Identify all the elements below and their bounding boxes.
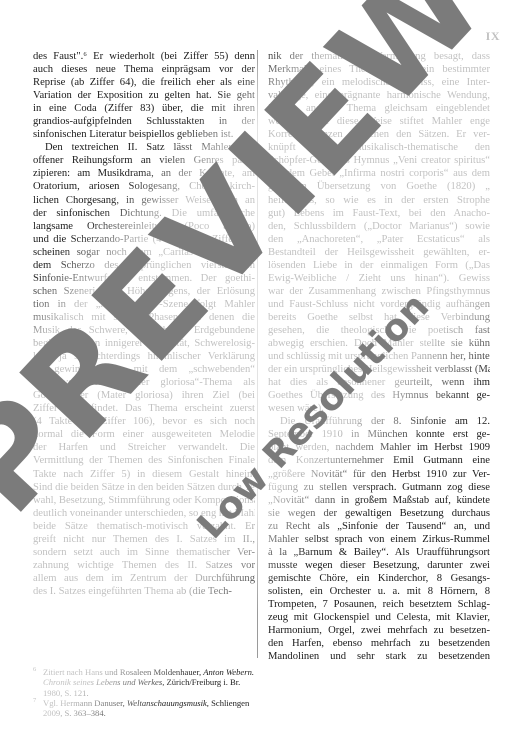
- text-line: der sinfonischen Dichtung. Die umfängrei…: [33, 207, 255, 220]
- text-line: den „Anachoreten“, „Pater Ecstaticus“ al…: [268, 233, 490, 246]
- text-line: gemischte Chöre, ein Kinderchor, 8 Gesan…: [268, 572, 490, 585]
- text-line: Takte nach Ziffer 5) in diesem Gestalt h…: [33, 468, 255, 481]
- text-line: Reprise (ab Ziffer 64), die freilich ehe…: [33, 76, 255, 89]
- text-line: knüpft durch musikalisch-thematische den: [268, 141, 490, 154]
- text-line: zahnung wichtige Themen des II. Satzes v…: [33, 559, 255, 572]
- text-line: der ein ursprüngliches Heilsgewissheit v…: [268, 363, 490, 376]
- text-line: Harmonium, Orgel, zwei mehrfach zu beset…: [268, 624, 490, 637]
- text-line: zu gewinnen, die mit dem „schwebenden“: [33, 363, 255, 376]
- column-divider: [257, 50, 258, 658]
- text-line: tion in der „Anachoreten“-Szene folgt Ma…: [33, 298, 255, 311]
- text-line: dem Scherzo des ursprünglichen vierstätz…: [33, 259, 255, 272]
- text-line: deutlich voneinander unterschieden, so e…: [33, 507, 255, 520]
- text-line: Trompeten, 7 Posaunen, reich besetztem S…: [268, 598, 490, 611]
- text-line: wahl, Besetzung, Stimmführung oder Kompo…: [33, 494, 255, 507]
- text-line: abwegig erschien. Doch Mahler stellte si…: [268, 337, 490, 350]
- text-line: beginnt, um an innigerer Intensität, Sch…: [33, 337, 255, 350]
- footnote-text: Vgl. Hermann Danuser,: [43, 698, 127, 708]
- text-line: Bestandteil der Heilsgewissheit gewählte…: [268, 246, 490, 259]
- page-number: IX: [486, 29, 500, 44]
- text-line: September 1910 in München konnte erst ge…: [268, 428, 490, 441]
- text-line: Ewig-Weibliche / Zieht uns hinan“). Gewi…: [268, 272, 490, 285]
- text-line: Den textreichen II. Satz lässt Mahler mi…: [33, 141, 255, 154]
- text-line: musste wegen dieser Besetzung, darunter …: [268, 559, 490, 572]
- text-line: sie wegen der gewaltigen Besetzung durch…: [268, 507, 490, 520]
- text-line: Gottesmutter (Mater gloriosa) ihren Ziel…: [33, 389, 255, 402]
- text-line: Vermittlung der Themen des Sinfonischen …: [33, 454, 255, 467]
- text-line: Sinfonie-Entwurfs zu entstammen. Der goe…: [33, 272, 255, 285]
- text-line: musikalisch mit sieben Phasen.⁷ In denen…: [33, 311, 255, 324]
- text-line: keit, ja schlechterdings himmlischer Ver…: [33, 350, 255, 363]
- text-line: sinfonischen Literatur beispiellos gebli…: [33, 128, 255, 141]
- text-line: Schöpfer-Geist des Hymnus „Veni creator …: [268, 154, 490, 167]
- text-line: Oratorium, ariosen Sologesang, Choral, k…: [33, 180, 255, 193]
- footnotes: 6 Zitiert nach Hans und Rosaleen Moldenh…: [33, 667, 255, 718]
- left-text-column: des Faust".⁶ Er wiederholt (bei Ziffer 5…: [33, 50, 255, 598]
- text-line: dem Konzertunternehmer Emil Gutmann eine: [268, 454, 490, 467]
- text-line: des Faust".⁶ Er wiederholt (bei Ziffer 5…: [33, 50, 255, 63]
- text-line: scheinen sogar noch dem „Caritas“-Adagio…: [33, 246, 255, 259]
- text-line: beide Sätze thematisch-motivisch verzahn…: [33, 520, 255, 533]
- text-line: bereits Goethe selbst hat diese Verbindu…: [268, 311, 490, 324]
- text-line: normal die Form einer ausgeweiteten Melo…: [33, 428, 255, 441]
- text-line: lösenden Liebe in der einmaligen Form („…: [268, 259, 490, 272]
- footnote-mark: 7: [33, 696, 36, 706]
- footnote-6: 6 Zitiert nach Hans und Rosaleen Moldenh…: [33, 667, 255, 698]
- text-line: solisten, ein Orchester u. a. mit 8 Hörn…: [268, 585, 490, 598]
- text-line: Variation der Exposition zu gelten hat. …: [33, 89, 255, 102]
- text-line: allem aus dem im Zentrum der Durchführun…: [33, 572, 255, 585]
- text-line: langsame Orchestereinleitung (Poco adagi…: [33, 220, 255, 233]
- footnote-title: Weltanschauungsmusik: [127, 698, 207, 708]
- text-line: gut) Lebens im Faust-Text, bei den Anach…: [268, 207, 490, 220]
- text-line: zu Recht als „Sinfonie der Tausend“ an, …: [268, 520, 490, 533]
- footnote-text: Zitiert nach Hans und Rosaleen Moldenhau…: [43, 667, 203, 677]
- text-line: herschwebenden“ „Mater gloriosa“-Thema a…: [33, 376, 255, 389]
- text-line: schen Szenerie des Höhersteigens, der Er…: [33, 285, 255, 298]
- text-line: wesen wäre).: [268, 402, 490, 415]
- text-line: „größere Novität“ für den Herbst 1910 zu…: [268, 468, 490, 481]
- text-line: und schlüssig mit ursprünglichen Pannenn…: [268, 350, 490, 363]
- text-line: werden). Auf diese Weise stiftet Mahler …: [268, 115, 490, 128]
- text-line: offener Reihungsform an vielen Genres pa…: [33, 154, 255, 167]
- text-line: Korrespondenzen zwischen den Sätzen. Er …: [268, 128, 490, 141]
- text-line: gesehen, die theologisch wie poetisch fa…: [268, 324, 490, 337]
- text-line: auch dieses neue Thema einprägsam vor de…: [33, 63, 255, 76]
- text-line: hat dies als besonnener geurteilt, wenn …: [268, 376, 490, 389]
- text-line: plant werden, nachdem Mahler im Herbst 1…: [268, 441, 490, 454]
- text-line: (4 Takte vor Ziffer 106), bevor es sich …: [33, 415, 255, 428]
- text-line: Musik das Schwere, Gewichtige, Erdgebund…: [33, 324, 255, 337]
- text-line: Goethes Übersetzung des Hymnus bekannt g…: [268, 389, 490, 402]
- text-line: und Faust-Schluss nicht vordergründig au…: [268, 298, 490, 311]
- text-line: heifst das, so wie es in der ersten Stro…: [268, 194, 490, 207]
- footnote-7: 7 Vgl. Hermann Danuser, Weltanschauungsm…: [33, 698, 255, 719]
- text-line: lichen Chorgesang, in gewisser Weise auc…: [33, 194, 255, 207]
- text-line: in eine Coda (Ziffer 83) über, die mit i…: [33, 102, 255, 115]
- text-line: greift nicht nur Themen des I. Satzes im…: [33, 533, 255, 546]
- text-line: war der Zusammenhang zwischen Pfingsthym…: [268, 285, 490, 298]
- text-line: den, Schlussbildern („Doctor Marianus“) …: [268, 220, 490, 233]
- footnote-mark: 6: [33, 665, 36, 675]
- text-line: Rhythmus, ein melodischer Umriss, eine I…: [268, 76, 490, 89]
- text-line: Sind die beiden Sätze in den beiden Sätz…: [33, 481, 255, 494]
- text-line: der Harfen und Streicher verwandelt. Die: [33, 441, 255, 454]
- text-line: vallfolge, eine prägnante harmonische We…: [268, 89, 490, 102]
- text-line: grandios-aufgipfelnden Schlusstakten in …: [33, 115, 255, 128]
- text-line: Mahler selbst sprach von einem Zirkus-Ru…: [268, 533, 490, 546]
- text-line: nik der thematischen Vermittlung besagt,…: [268, 50, 490, 63]
- text-line: sondern setzt auch im Sinne thematischer…: [33, 546, 255, 559]
- text-line: Ziffer 106) findet. Das Thema erscheint …: [33, 402, 255, 415]
- text-line: mit dem Gebet „Infirma nostri corporis“ …: [268, 167, 490, 180]
- text-line: in ein anderes Thema gleichsam eingeblen…: [268, 102, 490, 115]
- text-line: zeug mit Glockenspiel und Celesta, mit K…: [268, 611, 490, 624]
- text-line: à la „Barnum & Bailey“. Als Uraufführung…: [268, 546, 490, 559]
- text-line: den Harfen, ebenso mehrfach zu besetzend…: [268, 637, 490, 650]
- text-line: zipieren: am Musikdrama, an der Kantate,…: [33, 167, 255, 180]
- text-line: „Novität“ dann in großem Maßstab auf, kü…: [268, 494, 490, 507]
- right-text-column: nik der thematischen Vermittlung besagt,…: [268, 50, 490, 663]
- text-line: Merkmale eines Themas, etwa ein bestimmt…: [268, 63, 490, 76]
- text-line: und die Scherzando-Partie (4 Takte vor Z…: [33, 233, 255, 246]
- text-line: fügung zu stellen versprach. Gutmann zog…: [268, 481, 490, 494]
- text-line: Die Uraufführung der 8. Sinfonie am 12.: [268, 415, 490, 428]
- text-line: des I. Satzes eingeführten Thema ab (die…: [33, 585, 255, 598]
- text-line: Mandolinen und sehr stark zu besetzenden: [268, 650, 490, 663]
- text-line: gängigen Übersetzung von Goethe (1820) „: [268, 180, 490, 193]
